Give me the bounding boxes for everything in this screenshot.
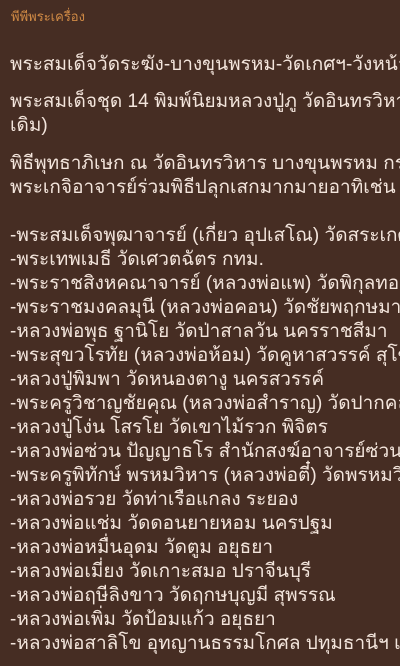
post-heading: พระสมเด็จวัดระฆัง-บางขุนพรหม-วัดเกศฯ-วัง… <box>10 53 400 77</box>
ceremony-line: พิธีพุทธาภิเษก ณ วัดอินทรวิหาร บางขุนพรห… <box>10 152 400 176</box>
article-content: พระสมเด็จวัดระฆัง-บางขุนพรหม-วัดเกศฯ-วัง… <box>0 53 400 656</box>
monk-list-item: -หลวงปู่โง่น โสรโย วัดเขาไม้รวก พิจิตร <box>10 416 400 440</box>
monk-list-item: -หลวงพ่อซ่วน ปัญญาธโร สำนักสงฆ์อาจารย์ซ่… <box>10 440 400 464</box>
monk-list-item: -หลวงพ่อสาลิโข อุทญานธรรมโกศล ปทุมธานีฯ … <box>10 632 400 656</box>
monk-list-item: -หลวงพ่อรวย วัดท่าเรือแกลง ระยอง <box>10 488 400 512</box>
intro-line: พระสมเด็จชุด 14 พิมพ์นิยมหลวงปู่ภู วัดอิ… <box>10 90 400 114</box>
monk-list-item: -พระสมเด็จพุฒาจารย์ (เกี่ยว อุปเสโณ) วัด… <box>10 224 400 248</box>
ceremony-line: พระเกจิอาจารย์ร่วมพิธีปลุกเสกมากมายอาทิเ… <box>10 176 400 200</box>
monk-list-item: -พระครูพิทักษ์ พรหมวิหาร (หลวงพ่อตี๋) วั… <box>10 464 400 488</box>
monk-list-item: -หลวงพ่อเพิ่ม วัดป้อมแก้ว อยุธยา <box>10 608 400 632</box>
monk-list-item: -หลวงพ่อหมื่นอุดม วัดตูม อยุธยา <box>10 536 400 560</box>
monk-list-item: -พระราชสิงหคณาจารย์ (หลวงพ่อแพ) วัดพิกุล… <box>10 272 400 296</box>
monk-list-item: -หลวงพ่อแช่ม วัดดอนยายหอม นครปฐม <box>10 512 400 536</box>
monk-list-item: -พระสุขวโรทัย (หลวงพ่อห้อม) วัดคูหาสวรรค… <box>10 344 400 368</box>
intro-paragraph: พระสมเด็จชุด 14 พิมพ์นิยมหลวงปู่ภู วัดอิ… <box>10 90 400 138</box>
monk-list-item: -พระราชมงคลมุนี (หลวงพ่อคอน) วัดชัยพฤกษม… <box>10 296 400 320</box>
intro-line: เดิม) <box>10 114 400 138</box>
monk-list-item: -หลวงพ่อพุธ ฐานิโย วัดป่าสาลวัน นครราชสี… <box>10 320 400 344</box>
ceremony-paragraph: พิธีพุทธาภิเษก ณ วัดอินทรวิหาร บางขุนพรห… <box>10 152 400 200</box>
monk-list-item: -พระครูวิชาญชัยคุณ (หลวงพ่อสำราญ) วัดปาก… <box>10 392 400 416</box>
app-screen: พีพีพระเครื่อง พระสมเด็จวัดระฆัง-บางขุนพ… <box>0 0 400 666</box>
monk-list: -พระสมเด็จพุฒาจารย์ (เกี่ยว อุปเสโณ) วัด… <box>10 224 400 656</box>
monk-list-item: -หลวงปู่พิมพา วัดหนองตางู นครสวรรค์ <box>10 368 400 392</box>
monk-list-item: -หลวงพ่อฤษีลิงขาว วัดฤกษบุญมี สุพรรณ <box>10 584 400 608</box>
monk-list-item: -หลวงพ่อเมี่ยง วัดเกาะสมอ ปราจีนบุรี <box>10 560 400 584</box>
monk-list-item: -พระเทพเมธี วัดเศวตฉัตร กทม. <box>10 248 400 272</box>
site-title: พีพีพระเครื่อง <box>0 0 400 25</box>
